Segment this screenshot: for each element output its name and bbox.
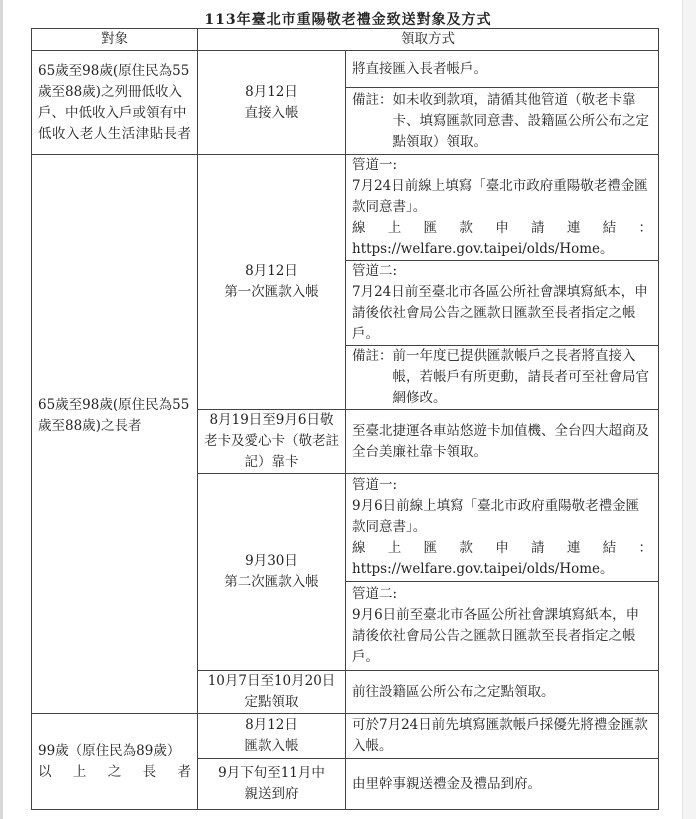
schedule-date: 8月12日: [204, 261, 339, 282]
gift-distribution-table: 對象 領取方式 65歲至98歲(原住民為55歲至88歲)之列冊低收入戶、中低收入…: [31, 28, 659, 810]
schedule-date: 9月下旬至11月中: [204, 763, 339, 784]
note-text: 如未收到款項，請循其他管道（敬老卡靠卡、填寫匯款同意書、設籍區公所公布之定點領取…: [393, 90, 653, 153]
method-cell: 至臺北捷運各車站悠遊卡加值機、全台四大超商及全台美廉社靠卡領取。: [346, 410, 659, 474]
schedule-date: 8月12日: [204, 82, 339, 103]
schedule-date: 10月7日至10月20日: [208, 673, 336, 689]
note-cell: 備註： 如未收到款項，請循其他管道（敬老卡靠卡、填寫匯款同意書、設籍區公所公布之…: [346, 88, 659, 155]
table-row: 65歲至98歲(原住民為55歲至88歲)之長者 8月12日 第一次匯款入帳 管道…: [32, 155, 659, 261]
schedule-date: 8月12日: [204, 715, 339, 736]
channel-label: 管道一:: [352, 475, 652, 496]
schedule-cell: 9月下旬至11月中 親送到府: [198, 759, 346, 810]
target-cell: 65歲至98歲(原住民為55歲至88歲)之列冊低收入戶、中低收入戶或領有中低收入…: [32, 51, 198, 155]
note-label: 備註：: [352, 90, 393, 153]
header-target: 對象: [32, 29, 198, 51]
method-cell: 由里幹事親送禮金及禮品到府。: [346, 759, 659, 810]
channel-label: 管道二:: [352, 584, 652, 605]
method-cell: 將直接匯入長者帳戶。: [346, 51, 659, 88]
header-method: 領取方式: [198, 29, 659, 51]
channel-text: 7月24日前線上填寫「臺北市政府重陽敬老禮金匯款同意書」。: [352, 176, 652, 218]
method-channel-1: 管道一: 7月24日前線上填寫「臺北市政府重陽敬老禮金匯款同意書」。 線上匯款申…: [346, 155, 659, 261]
schedule-mode: 直接入帳: [204, 103, 339, 124]
schedule-cell: 9月30日 第二次匯款入帳: [198, 474, 346, 671]
schedule-mode: 第二次匯款入帳: [204, 572, 339, 593]
table-row: 65歲至98歲(原住民為55歲至88歲)之列冊低收入戶、中低收入戶或領有中低收入…: [32, 51, 659, 88]
page-edge-left: [0, 0, 3, 819]
method-cell: 可於7月24日前先填寫匯款帳戶採優先將禮金匯款入帳。: [346, 714, 659, 759]
schedule-cell: 10月7日至10月20日定點領取: [198, 671, 346, 714]
schedule-cell: 8月12日 第一次匯款入帳: [198, 155, 346, 410]
channel-label: 管道一:: [352, 155, 652, 176]
schedule-mode: 第一次匯款入帳: [204, 282, 339, 303]
schedule-date: 8月19日至9月6日: [210, 412, 320, 428]
document-title: 113年臺北市重陽敬老禮金致送對象及方式: [0, 9, 696, 29]
schedule-mode: 定點領取: [245, 694, 299, 710]
method-channel-1: 管道一: 9月6日前線上填寫「臺北市政府重陽敬老禮金匯款同意書」。 線上匯款申請…: [346, 474, 659, 582]
schedule-cell: 8月12日 直接入帳: [198, 51, 346, 155]
note-cell: 備註： 前一年度已提供匯款帳戶之長者將直接入帳，若帳戶有所更動，請長者可至社會局…: [346, 346, 659, 410]
application-link[interactable]: https://welfare.gov.taipei/olds/Home。: [352, 239, 652, 260]
schedule-mode: 匯款入帳: [204, 736, 339, 757]
schedule-mode: 親送到府: [204, 784, 339, 805]
method-channel-2: 管道二: 9月6日前至臺北市各區公所社會課填寫紙本，申請後依社會局公告之匯款日匯…: [346, 582, 659, 671]
page-scrollbar[interactable]: [682, 0, 696, 819]
channel-label: 管道二:: [352, 261, 652, 282]
note-label: 備註：: [352, 346, 393, 409]
channel-text: 7月24日前至臺北市各區公所社會課填寫紙本，申請後依社會局公告之匯款日匯款至長者…: [352, 282, 652, 345]
method-cell: 前往設籍區公所公布之定點領取。: [346, 671, 659, 714]
method-channel-2: 管道二: 7月24日前至臺北市各區公所社會課填寫紙本，申請後依社會局公告之匯款日…: [346, 261, 659, 346]
table-row: 99歲（原住民為89歲）以上之長者 8月12日 匯款入帳 可於7月24日前先填寫…: [32, 714, 659, 759]
application-link[interactable]: https://welfare.gov.taipei/olds/Home。: [352, 559, 652, 580]
target-cell: 99歲（原住民為89歲）以上之長者: [32, 714, 198, 810]
schedule-date: 9月30日: [204, 551, 339, 572]
schedule-cell: 8月12日 匯款入帳: [198, 714, 346, 759]
target-cell: 65歲至98歲(原住民為55歲至88歲)之長者: [32, 155, 198, 714]
schedule-cell: 8月19日至9月6日敬老卡及愛心卡（敬老註記）靠卡: [198, 410, 346, 474]
channel-text: 9月6日前線上填寫「臺北市政府重陽敬老禮金匯款同意書」。: [352, 496, 652, 538]
channel-text: 9月6日前至臺北市各區公所社會課填寫紙本，申請後依社會局公告之匯款日匯款至長者指…: [352, 605, 652, 668]
note-text: 前一年度已提供匯款帳戶之長者將直接入帳，若帳戶有所更動，請長者可至社會局官網修改…: [393, 346, 653, 409]
link-label: 線上匯款申請連結：: [352, 218, 652, 239]
link-label: 線上匯款申請連結：: [352, 538, 652, 559]
table-header-row: 對象 領取方式: [32, 29, 659, 51]
